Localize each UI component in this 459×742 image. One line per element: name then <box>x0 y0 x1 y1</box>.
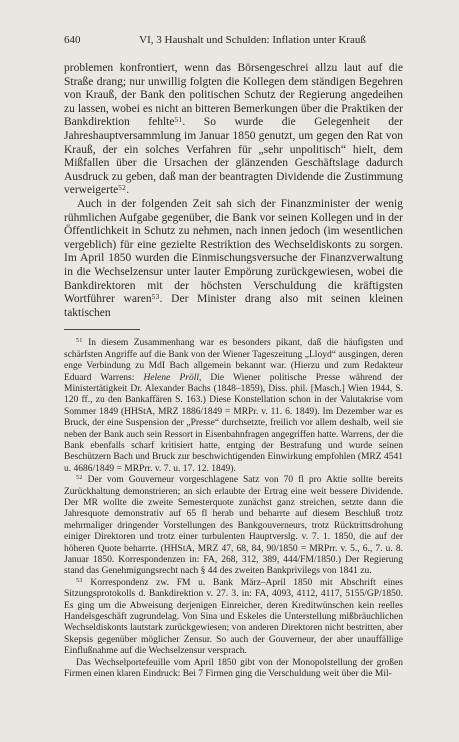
page-header: 640 VI, 3 Haushalt und Schulden: Inflati… <box>64 34 403 46</box>
footnote-marker: 51 <box>174 116 182 124</box>
footnote-marker: 52 <box>76 475 83 481</box>
italic-text: Helene Pröll <box>143 373 199 383</box>
footnote-paragraph: 53 Korrespondenz zw. FM u. Bank März–Apr… <box>64 578 403 658</box>
footnote-paragraph: Das Wechselportefeuille vom April 1850 g… <box>64 658 403 681</box>
body-paragraph: problemen konfrontiert, wenn das Börseng… <box>64 62 403 198</box>
footnote-separator <box>64 329 140 330</box>
footnote-marker: 53 <box>76 578 83 584</box>
running-head: VI, 3 Haushalt und Schulden: Inflation u… <box>122 34 403 46</box>
footnote-marker: 52 <box>118 184 126 192</box>
footnote-paragraph: 52 Der vom Gouverneur vorgeschlagene Sat… <box>64 475 403 578</box>
book-page: 640 VI, 3 Haushalt und Schulden: Inflati… <box>0 0 459 742</box>
footnote-marker: 53 <box>152 293 160 301</box>
page-number: 640 <box>64 34 122 46</box>
body-paragraph: Auch in der folgenden Zeit sah sich der … <box>64 198 403 320</box>
footnote-marker: 51 <box>76 338 83 344</box>
footnotes: 51 In diesem Zusammenhang war es besonde… <box>64 338 403 680</box>
main-text: problemen konfrontiert, wenn das Börseng… <box>64 62 403 320</box>
footnote-paragraph: 51 In diesem Zusammenhang war es besonde… <box>64 338 403 475</box>
